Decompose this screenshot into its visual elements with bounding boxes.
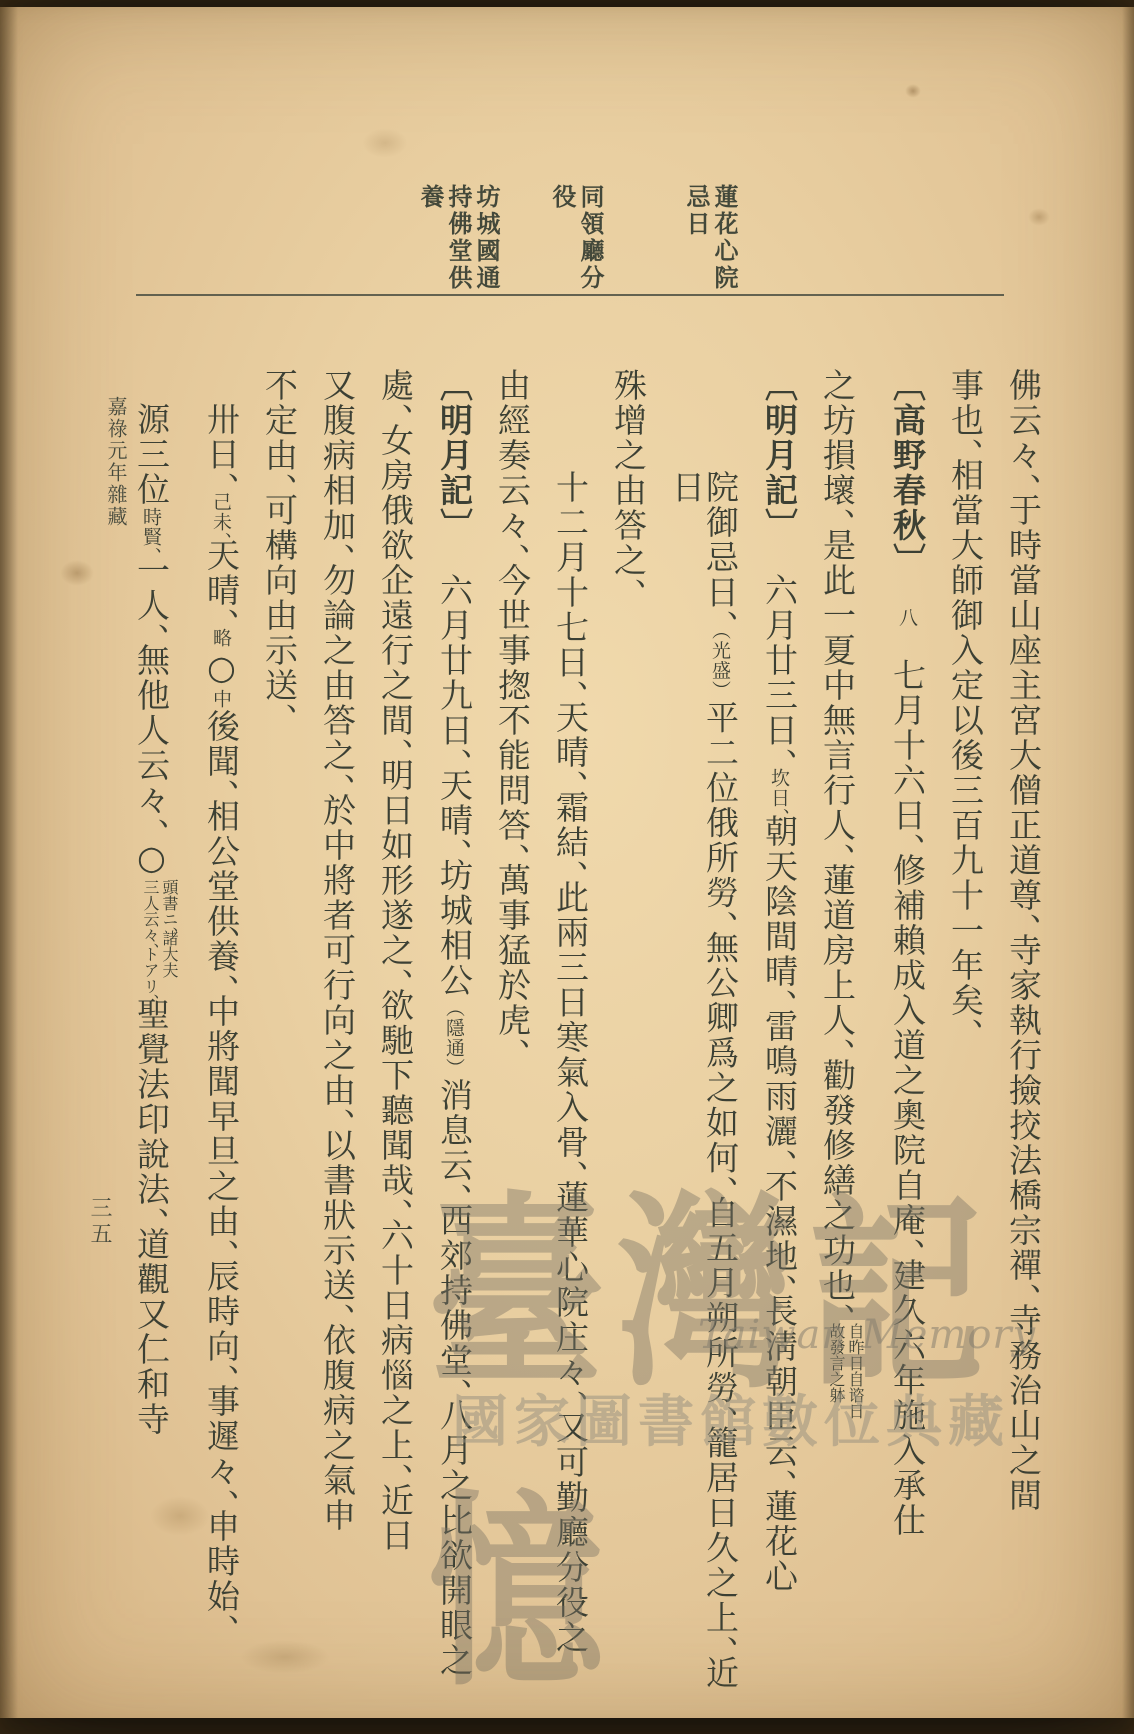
page-number: 三五: [84, 1196, 115, 1248]
body-text-run: 殊增之由答之、: [609, 368, 648, 598]
comma-mark: 、: [701, 911, 740, 931]
comma-mark: 、: [202, 472, 241, 492]
small-annotation: 時賢、: [140, 507, 162, 553]
body-text-run: 七月十六日、修補賴成入道之奧院自庵、建久六年施入承仕: [888, 658, 927, 1538]
body-text-run: 又腹病相加、勿論之由答之、於中將者可行向之由、以書狀示送、依腹病之氣申: [318, 368, 357, 1533]
body-text-run: 十二月十七日、天晴、霜結、此兩三日寒氣入骨、蓮華心院庄々、又可勤廳分役之: [551, 470, 590, 1655]
comma-mark: 、: [1004, 1283, 1043, 1303]
small-annotation: （隱通）: [443, 998, 465, 1078]
headnote-line: 忌日: [682, 184, 710, 292]
comma-mark: 、: [318, 1303, 357, 1323]
body-text-run: 之坊損壞、是此一夏中無言行人、蓮道房上人、勸發修繕之功也、: [818, 368, 857, 1323]
comma-mark: 、: [551, 770, 590, 790]
text-columns: 佛云々、于時當山座主宮大僧正道尊、寺家執行撿挍法橋宗禪、寺務治山之間事也、相當大…: [109, 368, 1040, 1698]
paper-stain: [1028, 208, 1050, 226]
comma-mark: 、: [818, 1303, 857, 1323]
scan-edge-left: [0, 0, 18, 1734]
comma-mark: 、: [202, 974, 241, 994]
comma-mark: 、: [435, 1378, 474, 1398]
body-text-run: 處、女房俄欲企遠行之間、明日如形遂之、欲馳下聽聞哉、六十日病惱之上、近日: [376, 368, 415, 1553]
scan-edge-right: [1122, 0, 1134, 1734]
body-text-run: 六月廿三日、: [760, 573, 799, 768]
body-text-run: 由經奏云々、今世事揔不能問答、萬事猛於虎、: [493, 368, 532, 1058]
comma-mark: 、: [435, 838, 474, 858]
small-annotation: 己未、: [210, 492, 232, 538]
comma-mark: 、: [435, 748, 474, 768]
body-text-run: 六月廿九日、天晴、坊城相公: [435, 573, 474, 998]
comma-mark: 、: [202, 779, 241, 799]
comma-mark: 、: [888, 1238, 927, 1258]
comma-mark: 、: [160, 927, 179, 930]
small-annotation: 八: [896, 608, 918, 628]
comma-mark: 、: [701, 610, 740, 630]
comma-mark: 、: [318, 543, 357, 563]
comma-mark: 、: [701, 1406, 740, 1426]
text-column: 殊增之由答之、: [612, 368, 645, 1698]
comma-mark: 、: [818, 843, 857, 863]
comma-mark: 、: [1004, 913, 1043, 933]
comma-mark: 、: [818, 508, 857, 528]
comma-mark: 、: [551, 860, 590, 880]
scanned-book-page: 蓮花心院忌日同領廳分役坊城國通持佛堂供養 佛云々、于時當山座主宮大僧正道尊、寺家…: [0, 0, 1134, 1734]
comma-mark: 、: [202, 1364, 241, 1384]
comma-mark: 、: [493, 1038, 532, 1058]
comma-mark: 、: [202, 1489, 241, 1509]
comma-mark: 、: [132, 818, 171, 838]
comma-mark: 、: [701, 1636, 740, 1656]
comma-mark: 、: [551, 680, 590, 700]
comma-mark: 、: [318, 1108, 357, 1128]
text-column: 事也、相當大師御入定以後三百九十一年矣、: [949, 368, 982, 1698]
paper-stain: [60, 560, 94, 586]
inline-double-note: 頭書ニ、諸大夫三人云々、トアリ、: [141, 879, 179, 997]
column-gap: [778, 543, 780, 573]
headnote-line: 持佛堂供: [444, 184, 472, 292]
headnote-line: 役: [548, 184, 576, 292]
comma-mark: 、: [132, 623, 171, 643]
comma-mark: 、: [493, 843, 532, 863]
comma-mark: 、: [551, 1160, 590, 1180]
text-column: 〔明月記〕六月廿九日、天晴、坊城相公（隱通）消息云、西郊持佛堂、八月之比欲開眼之: [437, 368, 471, 1698]
section-heading: 〔明月記〕: [435, 368, 474, 543]
comma-mark: 、: [609, 578, 648, 598]
comma-mark: 、: [260, 473, 299, 493]
body-text-run: 聖覺法印說法、道觀又仁和寺: [132, 997, 171, 1437]
comma-mark: 、: [202, 1614, 241, 1634]
text-column: 處、女房俄欲企遠行之間、明日如形遂之、欲馳下聽聞哉、六十日病惱之上、近日: [379, 368, 412, 1698]
comma-mark: 、: [888, 833, 927, 853]
small-annotation: （光盛）: [709, 630, 731, 701]
text-column: 〔高野春秋〕八七月十六日、修補賴成入道之奧院自庵、建久六年施入承仕: [890, 368, 924, 1698]
small-annotation: 略: [210, 628, 232, 648]
inline-double-note: 自昨日自谘日故發言之躰: [827, 1323, 865, 1419]
comma-mark: 、: [760, 989, 799, 1009]
text-column: 不定由、可構向由示送、: [263, 368, 296, 1698]
column-gap: [906, 628, 908, 658]
body-text-run: 一人、無他人云々、○: [132, 553, 171, 879]
note-line: 故發言之躰: [827, 1323, 846, 1419]
comma-mark: 、: [818, 1038, 857, 1058]
comma-mark: 、: [376, 1463, 415, 1483]
small-annotation: 中: [210, 689, 232, 709]
comma-mark: 、: [376, 738, 415, 758]
text-column: 之坊損壞、是此一夏中無言行人、蓮道房上人、勸發修繕之功也、自昨日自谘日故發言之躰: [821, 368, 865, 1698]
body-text-run: 事也、相當大師御入定以後三百九十一年矣、: [946, 368, 985, 1038]
body-text-run: 佛云々、于時當山座主宮大僧正道尊、寺家執行撿挍法橋宗禪、寺務治山之間: [1004, 368, 1043, 1513]
comma-mark: 、: [551, 1390, 590, 1410]
headnote-line: 同領廳分: [576, 184, 604, 292]
comma-mark: 、: [946, 438, 985, 458]
body-text-run: 天晴、: [202, 538, 241, 628]
text-column: 十二月十七日、天晴、霜結、此兩三日寒氣入骨、蓮華心院庄々、又可勤廳分役之: [554, 368, 587, 1698]
body-text-run: 源三位: [132, 402, 171, 507]
comma-mark: 、: [760, 1149, 799, 1169]
body-text-run: ○: [202, 648, 241, 689]
comma-mark: 、: [260, 703, 299, 723]
note-line: 自昨日自谘日: [846, 1323, 865, 1419]
body-text-run: 後聞、相公堂供養、中將聞早旦之由、辰時向、事遲々、申時始、: [202, 709, 241, 1634]
text-column: 又腹病相加、勿論之由答之、於中將者可行向之由、以書狀示送、依腹病之氣申: [321, 368, 354, 1698]
comma-mark: 、: [1004, 473, 1043, 493]
comma-mark: 、: [435, 1183, 474, 1203]
margin-volume-label: 嘉祿元年雜藏: [102, 396, 131, 528]
comma-mark: 、: [760, 748, 799, 768]
note-line: 頭書ニ、諸大夫: [160, 879, 179, 997]
comma-mark: 、: [132, 1207, 171, 1227]
comma-mark: 、: [760, 1274, 799, 1294]
headnote-line: 養: [416, 184, 444, 292]
headnote-line: 坊城國通: [472, 184, 500, 292]
headnote-group: 坊城國通持佛堂供養: [416, 184, 500, 292]
comma-mark: 、: [202, 608, 241, 628]
comma-mark: 、: [376, 403, 415, 423]
headnote-group: 同領廳分役: [548, 184, 604, 292]
comma-mark: 、: [376, 968, 415, 988]
text-column: 〔明月記〕六月廿三日、坎日、朝天陰間晴、雷鳴雨灑、不濕地、長淸朝臣云、蓮花心: [762, 368, 796, 1698]
section-heading: 〔高野春秋〕: [888, 368, 927, 578]
text-column: 由經奏云々、今世事揔不能問答、萬事猛於虎、: [496, 368, 529, 1698]
text-column: 佛云々、于時當山座主宮大僧正道尊、寺家執行撿挍法橋宗禪、寺務治山之間: [1007, 368, 1040, 1698]
column-gap: [453, 543, 455, 573]
comma-mark: 、: [701, 1176, 740, 1196]
column-gap: [906, 578, 908, 608]
text-column: 卅日、己未、天晴、略○中後聞、相公堂供養、中將聞早旦之由、辰時向、事遲々、申時始…: [204, 368, 238, 1698]
comma-mark: 、: [318, 773, 357, 793]
comma-mark: 、: [760, 1469, 799, 1489]
text-column: 源三位時賢、一人、無他人云々、○頭書ニ、諸大夫三人云々、トアリ、聖覺法印說法、道…: [134, 368, 179, 1698]
headnote-divider-rule: [136, 294, 1004, 296]
body-text-run: 朝天陰間晴、雷鳴雨灑、不濕地、長淸朝臣云、蓮花心: [760, 814, 799, 1594]
text-column: 院御忌日、（光盛）平二位俄所勞、無公卿爲之如何、自五月朔所勞、籠居日久之上、近日: [670, 368, 737, 1698]
comma-mark: 、: [376, 1198, 415, 1218]
headnote-line: 蓮花心院: [710, 184, 738, 292]
body-text-run: 卅日、: [202, 402, 241, 492]
comma-mark: 、: [946, 1018, 985, 1038]
comma-mark: 、: [493, 543, 532, 563]
body-text-run: 不定由、可構向由示送、: [260, 368, 299, 723]
body-text-run: 院御忌日、: [701, 470, 740, 630]
small-annotation: 坎日、: [768, 768, 790, 814]
paper-stain: [905, 84, 921, 98]
comma-mark: 、: [141, 943, 160, 946]
comma-mark: 、: [202, 1239, 241, 1259]
body-text-run: 消息云、西郊持佛堂、八月之比欲開眼之: [435, 1078, 474, 1678]
paper-stain: [362, 128, 408, 158]
scan-edge-bottom: [0, 1718, 1134, 1734]
headnote-group: 蓮花心院忌日: [682, 184, 738, 292]
note-line: 三人云々、トアリ、: [141, 879, 160, 997]
scan-edge-top: [0, 0, 1134, 7]
section-heading: 〔明月記〕: [760, 368, 799, 543]
